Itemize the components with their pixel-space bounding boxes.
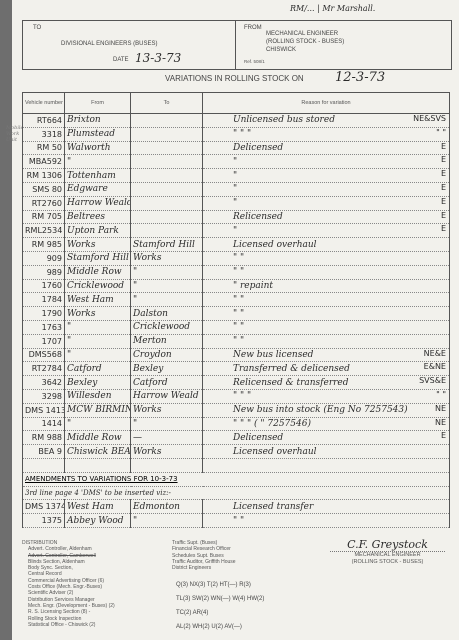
reason-cell: "E	[203, 169, 450, 183]
division-code: E	[441, 197, 446, 206]
table-header-row: Vehicle number From To Reason for variat…	[23, 93, 450, 114]
division-code: NE	[435, 404, 446, 413]
vehicle-number: DMS 1413	[23, 403, 65, 417]
from-location: Stamford Hill	[65, 251, 131, 265]
to-location: "	[131, 293, 203, 307]
to-location: "	[131, 417, 203, 431]
handwritten-top-note: RM/... | Mr Marshall.	[290, 4, 375, 13]
amendment-title-row: Amendments to variations for 10-3-73	[23, 472, 450, 486]
reason-text: " "	[233, 267, 244, 277]
from-location: Middle Row	[65, 265, 131, 279]
from-location: Brixton	[65, 114, 131, 128]
table-row: SMS 80Edgware"E	[23, 182, 450, 196]
to-location: Catford	[131, 376, 203, 390]
division-code: E	[441, 183, 446, 192]
reason-text: " " "	[233, 129, 251, 139]
to-location	[131, 182, 203, 196]
vehicle-number: 1760	[23, 279, 65, 293]
to-location: Works	[131, 251, 203, 265]
to-location: Dalston	[131, 307, 203, 321]
reason-text: "	[233, 184, 237, 194]
table-row: RM 985WorksStamford HillLicensed overhau…	[23, 238, 450, 252]
garage-copy-codes: TC(2) AR(4)	[176, 606, 264, 620]
to-location: Croydon	[131, 348, 203, 362]
reason-cell: DelicensedE	[203, 431, 450, 445]
vehicle-number: RM 50	[23, 141, 65, 155]
vehicle-number: 1790	[23, 307, 65, 321]
vehicle-number: 909	[23, 251, 65, 265]
reason-text: " "	[233, 295, 244, 305]
reason-text: Delicensed	[233, 433, 283, 443]
reason-text: "	[233, 171, 237, 181]
signature-role-1: MECHANICAL ENGINEER	[330, 552, 445, 559]
from-location: "	[65, 417, 131, 431]
to-location	[131, 127, 203, 141]
table-row: 1375Abbey Wood"" "	[23, 514, 450, 528]
table-row: 3318Plumstead" " "" "	[23, 127, 450, 141]
from-location: MCW BIRMINGHAM	[65, 403, 131, 417]
reason-text: " " " ( " 7257546)	[233, 419, 311, 429]
table-row: 989Middle Row"" "	[23, 265, 450, 279]
reason-cell: " "	[203, 293, 450, 307]
reason-text: "	[233, 226, 237, 236]
from-line-2: (ROLLING STOCK - BUSES)	[266, 39, 344, 45]
reason-text: " "	[233, 253, 244, 263]
vehicle-number: RM 705	[23, 210, 65, 224]
reason-cell: " " " ( " 7257546)NE	[203, 417, 450, 431]
from-location: Edgware	[65, 182, 131, 196]
vehicle-number: RT2760	[23, 196, 65, 210]
to-location: Harrow Weald	[131, 389, 203, 403]
table-row: RM 705BeltreesRelicensedE	[23, 210, 450, 224]
reason-cell: Relicensed & transferredSVS&E	[203, 376, 450, 390]
table-row: 1784West Ham"" "	[23, 293, 450, 307]
to-location: "	[131, 279, 203, 293]
vehicle-number: 1707	[23, 334, 65, 348]
table-row: 1760Cricklewood"" repaint	[23, 279, 450, 293]
variations-table: Vehicle number From To Reason for variat…	[22, 92, 450, 528]
reason-text: Relicensed	[233, 212, 283, 222]
from-location: "	[65, 320, 131, 334]
vehicle-number: 1414	[23, 417, 65, 431]
from-location: Harrow Weald	[65, 196, 131, 210]
reason-cell: " " "" "	[203, 389, 450, 403]
amendment-note-row: 3rd line page 4 'DMS' to be inserted viz…	[23, 486, 450, 500]
reason-cell: "E	[203, 182, 450, 196]
reason-cell: DelicensedE	[203, 141, 450, 155]
reason-cell: Licensed overhaul	[203, 238, 450, 252]
table-row: DMS 1413MCW BIRMINGHAMWorksNew bus into …	[23, 403, 450, 417]
vehicle-number: 3318	[23, 127, 65, 141]
to-location	[131, 114, 203, 128]
reason-text: Licensed transfer	[233, 502, 313, 512]
to-location: "	[131, 514, 203, 528]
from-location: Middle Row	[65, 431, 131, 445]
to-location: "	[131, 265, 203, 279]
vehicle-number: BEA 9	[23, 445, 65, 459]
title-date: 12-3-73	[335, 70, 385, 85]
division-code: E	[441, 431, 446, 440]
vehicle-number: RM 1306	[23, 169, 65, 183]
reason-cell: New bus licensedNE&E	[203, 348, 450, 362]
reason-text: " " "	[233, 391, 251, 401]
table-row: RT664BrixtonUnlicensed bus storedNE&SVS	[23, 114, 450, 128]
reason-text: Delicensed	[233, 143, 283, 153]
signature: C.F. Greystock	[330, 538, 445, 552]
table-row: BEA 9Chiswick BEAWorksLicensed overhaul	[23, 445, 450, 459]
vehicle-number: 3298	[23, 389, 65, 403]
table-row: RT2784CatfordBexleyTransferred & delicen…	[23, 362, 450, 376]
to-label: TO	[33, 25, 41, 31]
from-line-3: CHISWICK	[266, 47, 296, 53]
reason-cell: Transferred & delicensedE&NE	[203, 362, 450, 376]
from-location: Abbey Wood	[65, 514, 131, 528]
reason-cell: "E	[203, 155, 450, 169]
from-line-1: MECHANICAL ENGINEER	[266, 31, 338, 37]
reason-text: "	[233, 198, 237, 208]
reason-text: Licensed overhaul	[233, 447, 317, 457]
from-location: Upton Park	[65, 224, 131, 238]
reason-text: Transferred & delicensed	[233, 364, 350, 374]
division-code: " "	[436, 390, 446, 399]
division-code: E	[441, 155, 446, 164]
division-code: NE&E	[424, 349, 446, 358]
from-location: "	[65, 334, 131, 348]
document-title: VARIATIONS IN ROLLING STOCK ON	[165, 74, 304, 83]
distribution-item: Statistical Office - Chiswick (2)	[28, 622, 115, 628]
division-code: E	[441, 224, 446, 233]
garage-copy-codes: TL(3) SW(2) WN(—) W(4) HW(2)	[176, 592, 264, 606]
reason-cell: " repaint	[203, 279, 450, 293]
date-value: 13-3-73	[135, 51, 181, 65]
table-row: 3642BexleyCatfordRelicensed & transferre…	[23, 376, 450, 390]
table-row: RM 1306Tottenham"E	[23, 169, 450, 183]
blank-row	[23, 458, 450, 472]
column-header-vehicle: Vehicle number	[23, 93, 65, 114]
table-row: 1763"Cricklewood" "	[23, 320, 450, 334]
from-location: "	[65, 155, 131, 169]
division-code: NE	[435, 418, 446, 427]
from-location: Works	[65, 238, 131, 252]
from-location: West Ham	[65, 500, 131, 514]
reason-cell: " "	[203, 265, 450, 279]
division-code: " "	[436, 128, 446, 137]
distribution-list: DISTRIBUTION Advert. Controller, Aldenha…	[22, 540, 115, 628]
to-location	[131, 141, 203, 155]
distribution-list-secondary: Traffic Supt. (Buses)Financial Research …	[172, 540, 236, 571]
to-location	[131, 196, 203, 210]
margin-note: Mobile Work Unit	[6, 125, 20, 143]
scan-binding-edge	[0, 0, 12, 640]
distribution-codes: Q(3) NX(3) T(2) HT(—) R(3)TL(3) SW(2) WN…	[176, 578, 264, 634]
garage-copy-codes: Q(3) NX(3) T(2) HT(—) R(3)	[176, 578, 264, 592]
reason-text: "	[233, 157, 237, 167]
table-row: 909Stamford HillWorks" "	[23, 251, 450, 265]
date-label: DATE	[113, 57, 129, 63]
to-location: Stamford Hill	[131, 238, 203, 252]
vehicle-number: RT2784	[23, 362, 65, 376]
column-header-reason: Reason for variation	[203, 93, 450, 114]
distribution-item: District Engineers	[172, 565, 236, 571]
from-location: Works	[65, 307, 131, 321]
vehicle-number: SMS 80	[23, 182, 65, 196]
vehicle-number: RM 985	[23, 238, 65, 252]
from-location: Bexley	[65, 376, 131, 390]
to-location	[131, 169, 203, 183]
vehicle-number: DMS568	[23, 348, 65, 362]
from-location: Catford	[65, 362, 131, 376]
table-row: RM 988Middle Row—DelicensedE	[23, 431, 450, 445]
garage-copy-codes: AL(2) WH(2) U(2) AV(—)	[176, 620, 264, 634]
reason-cell: Licensed overhaul	[203, 445, 450, 459]
to-section: TO DIVISIONAL ENGINEERS (BUSES) DATE 13-…	[23, 21, 236, 69]
from-location: Beltrees	[65, 210, 131, 224]
from-location: "	[65, 348, 131, 362]
to-location: Cricklewood	[131, 320, 203, 334]
vehicle-number: 989	[23, 265, 65, 279]
to-location	[131, 224, 203, 238]
table-row: 1414""" " " ( " 7257546)NE	[23, 417, 450, 431]
division-code: E	[441, 211, 446, 220]
reason-cell: "E	[203, 196, 450, 210]
reason-cell: "E	[203, 224, 450, 238]
amendment-note: 3rd line page 4 'DMS' to be inserted viz…	[23, 486, 450, 500]
vehicle-number: 1763	[23, 320, 65, 334]
table-row: 3298WillesdenHarrow Weald" " "" "	[23, 389, 450, 403]
reason-text: Relicensed & transferred	[233, 378, 349, 388]
from-location: Walworth	[65, 141, 131, 155]
to-location: Works	[131, 445, 203, 459]
table-row: 1790WorksDalston" "	[23, 307, 450, 321]
from-location: Plumstead	[65, 127, 131, 141]
reason-text: " "	[233, 516, 244, 526]
reason-text: " "	[233, 336, 244, 346]
from-location: Tottenham	[65, 169, 131, 183]
reason-cell: " "	[203, 251, 450, 265]
to-location: Works	[131, 403, 203, 417]
reason-cell: RelicensedE	[203, 210, 450, 224]
from-location: Chiswick BEA	[65, 445, 131, 459]
from-label: FROM	[244, 25, 262, 31]
vehicle-number: 1784	[23, 293, 65, 307]
vehicle-number: RT664	[23, 114, 65, 128]
table-body: RT664BrixtonUnlicensed bus storedNE&SVS3…	[23, 114, 450, 528]
division-code: NE&SVS	[413, 114, 446, 123]
reason-text: New bus licensed	[233, 350, 313, 360]
to-location: Bexley	[131, 362, 203, 376]
table-row: RML2534Upton Park"E	[23, 224, 450, 238]
reason-cell: " "	[203, 320, 450, 334]
table-row: DMS 1374West HamEdmontonLicensed transfe…	[23, 500, 450, 514]
division-code: E	[441, 169, 446, 178]
distribution-item: Financial Research Officer	[172, 546, 236, 552]
to-location: —	[131, 431, 203, 445]
signature-block: C.F. Greystock MECHANICAL ENGINEER (ROLL…	[330, 538, 445, 566]
division-code: E&NE	[424, 362, 446, 371]
from-location: West Ham	[65, 293, 131, 307]
reason-text: Unlicensed bus stored	[233, 115, 335, 125]
vehicle-number: DMS 1374	[23, 500, 65, 514]
to-value: DIVISIONAL ENGINEERS (BUSES)	[61, 41, 157, 47]
vehicle-number: 3642	[23, 376, 65, 390]
reason-text: " "	[233, 309, 244, 319]
reason-text: New bus into stock (Eng No 7257543)	[233, 405, 408, 415]
signature-role-2: (ROLLING STOCK - BUSES)	[330, 559, 445, 566]
to-location: Merton	[131, 334, 203, 348]
reason-cell: " "	[203, 514, 450, 528]
from-location: Willesden	[65, 389, 131, 403]
division-code: SVS&E	[419, 376, 446, 385]
column-header-to: To	[131, 93, 203, 114]
reason-cell: " " "" "	[203, 127, 450, 141]
table-row: RT2760Harrow Weald"E	[23, 196, 450, 210]
table-row: DMS568"CroydonNew bus licensedNE&E	[23, 348, 450, 362]
reason-text: " repaint	[233, 281, 273, 291]
column-header-from: From	[65, 93, 131, 114]
reason-cell: New bus into stock (Eng No 7257543)NE	[203, 403, 450, 417]
vehicle-number: MBA592	[23, 155, 65, 169]
from-section: FROM MECHANICAL ENGINEER (ROLLING STOCK …	[236, 21, 451, 69]
vehicle-number: RM 988	[23, 431, 65, 445]
division-code: E	[441, 142, 446, 151]
amendment-title: Amendments to variations for 10-3-73	[23, 472, 450, 486]
from-location: Cricklewood	[65, 279, 131, 293]
reason-cell: " "	[203, 334, 450, 348]
to-location	[131, 155, 203, 169]
vehicle-number: RML2534	[23, 224, 65, 238]
table-row: RM 50WalworthDelicensedE	[23, 141, 450, 155]
reason-text: Licensed overhaul	[233, 240, 317, 250]
table-row: MBA592""E	[23, 155, 450, 169]
to-location	[131, 210, 203, 224]
reference-number: Ref. 508/1	[244, 59, 265, 64]
reason-cell: Licensed transfer	[203, 500, 450, 514]
table-row: 1707"Merton" "	[23, 334, 450, 348]
reason-cell: " "	[203, 307, 450, 321]
reason-text: " "	[233, 322, 244, 332]
reason-cell: Unlicensed bus storedNE&SVS	[203, 114, 450, 128]
to-location: Edmonton	[131, 500, 203, 514]
vehicle-number: 1375	[23, 514, 65, 528]
header-box: TO DIVISIONAL ENGINEERS (BUSES) DATE 13-…	[22, 20, 452, 70]
